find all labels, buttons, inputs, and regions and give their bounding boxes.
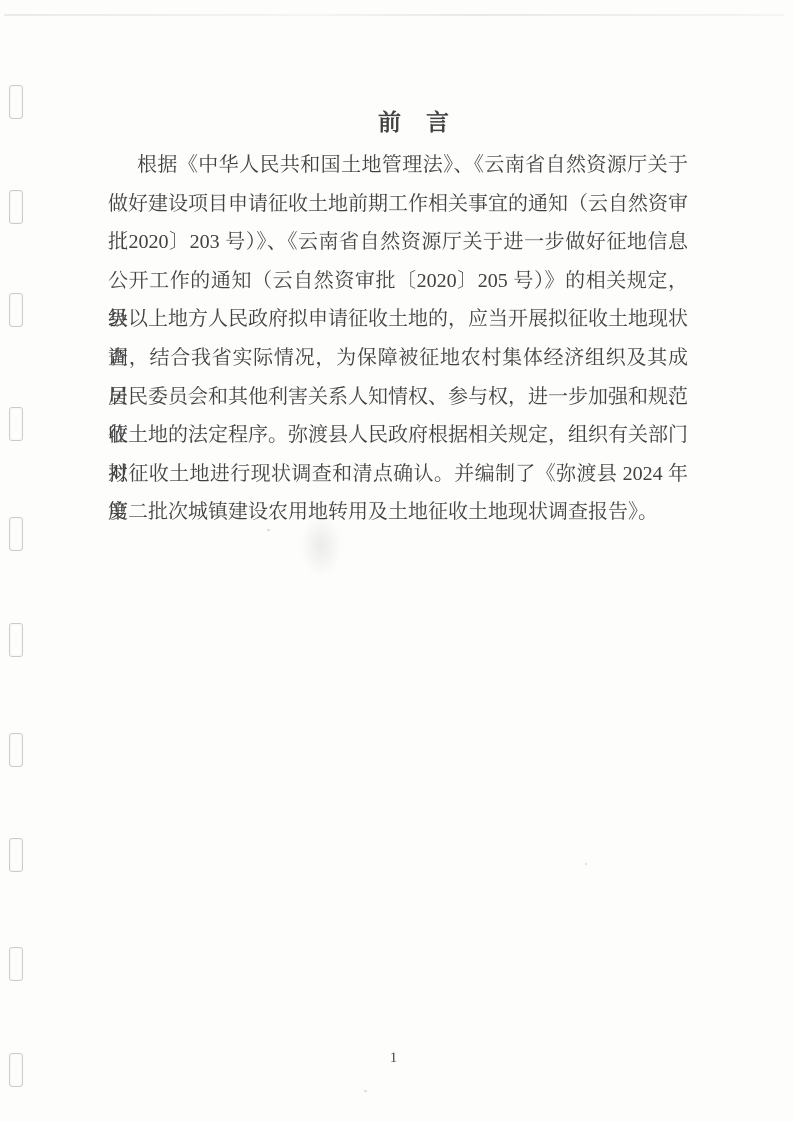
body-line: 拟征收土地进行现状调查和清点确认。并编制了《弥渡县 2024 年度 (108, 455, 688, 494)
scanned-document-page: 前 言 根据《中华人民共和国土地管理法》、《云南省自然资源厅关于 做好建设项目申… (0, 0, 793, 1122)
binding-hole-mark (9, 947, 23, 981)
binding-hole-mark (9, 517, 23, 551)
body-line: 〔2020〕203 号）》、《云南省自然资源厅关于进一步做好征地信息 (108, 223, 688, 262)
binding-hole-mark (9, 407, 23, 441)
body-paragraph: 根据《中华人民共和国土地管理法》、《云南省自然资源厅关于 做好建设项目申请征收土… (108, 146, 688, 532)
body-line: 根据《中华人民共和国土地管理法》、《云南省自然资源厅关于 (108, 146, 688, 185)
body-line: 级以上地方人民政府拟申请征收土地的，应当开展拟征收土地现状调 (108, 300, 688, 339)
binding-hole-mark (9, 85, 23, 119)
scan-smudge-artifact (300, 515, 342, 577)
binding-hole-mark (9, 623, 23, 657)
scan-speck (585, 863, 587, 865)
binding-hole-mark (9, 293, 23, 327)
page-title: 前 言 (124, 104, 704, 137)
scan-edge-artifact (4, 14, 784, 16)
body-line: 做好建设项目申请征收土地前期工作相关事宜的通知（云自然资审批 (108, 185, 688, 224)
body-line: 查，结合我省实际情况，为保障被征地农村集体经济组织及其成员、 (108, 339, 688, 378)
page-number: 1 (0, 1050, 787, 1067)
scan-speck (267, 529, 270, 531)
binding-hole-mark (9, 838, 23, 872)
binding-hole-mark (9, 733, 23, 767)
scan-speck (364, 1090, 367, 1092)
body-line: 居民委员会和其他利害关系人知情权、参与权，进一步加强和规范征 (108, 378, 688, 417)
body-line: 第二批次城镇建设农用地转用及土地征收土地现状调查报告》。 (108, 493, 688, 532)
binding-hole-mark (9, 190, 23, 224)
body-line: 公开工作的通知（云自然资审批〔2020〕205 号）》的相关规定，县 (108, 262, 688, 301)
body-line: 收土地的法定程序。弥渡县人民政府根据相关规定，组织有关部门对 (108, 416, 688, 455)
